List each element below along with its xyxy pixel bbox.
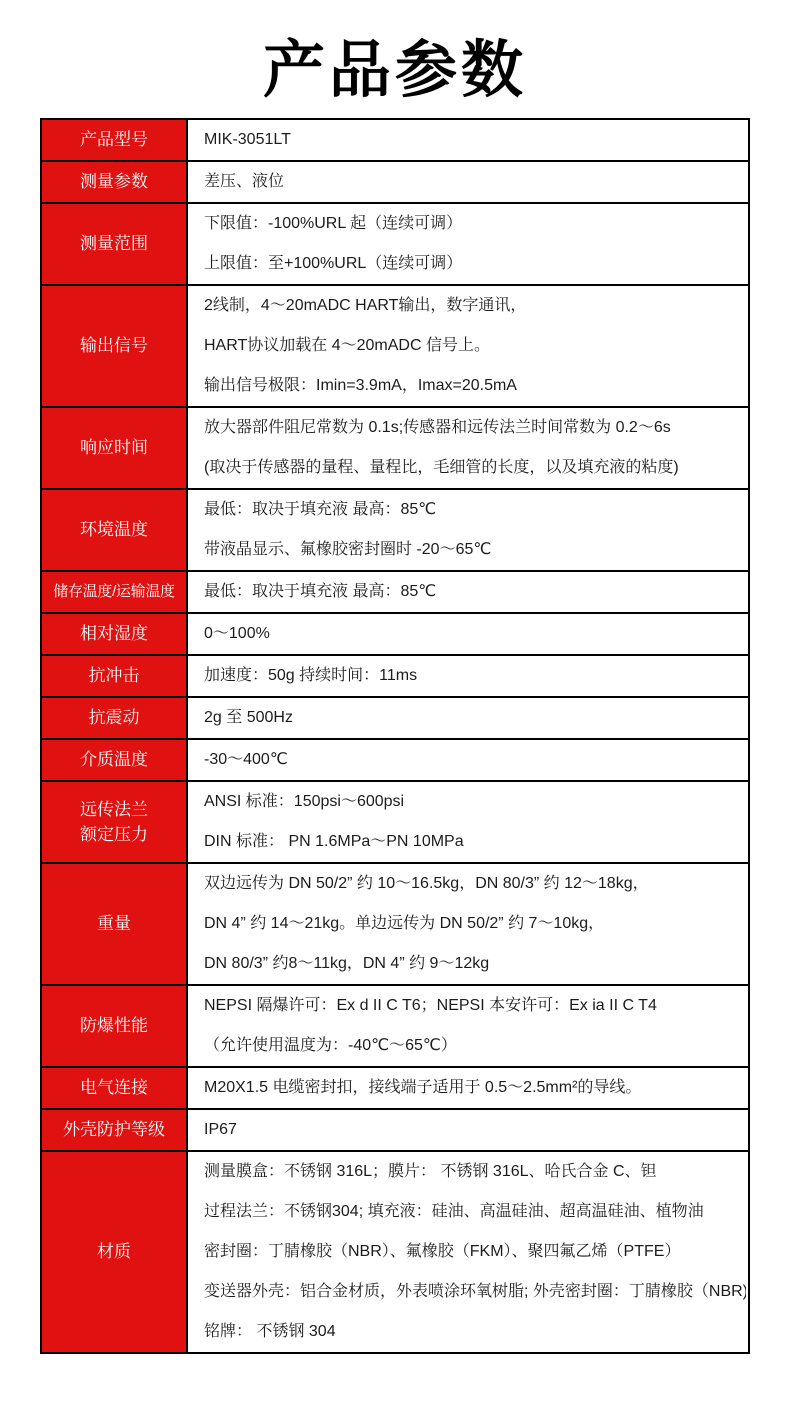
table-row: 抗冲击加速度：50g 持续时间：11ms: [41, 655, 749, 697]
spec-label: 抗冲击: [41, 655, 187, 697]
spec-value-line: 过程法兰：不锈钢304; 填充液：硅油、高温硅油、超高温硅油、植物油: [204, 1192, 746, 1232]
spec-value: 测量膜盒：不锈钢 316L；膜片： 不锈钢 316L、哈氏合金 C、钽过程法兰：…: [187, 1151, 749, 1353]
page-title: 产品参数: [40, 0, 750, 112]
spec-value: 放大器部件阻尼常数为 0.1s;传感器和远传法兰时间常数为 0.2～6s(取决于…: [187, 407, 749, 489]
spec-label: 抗震动: [41, 697, 187, 739]
table-row: 防爆性能NEPSI 隔爆许可：Ex d II C T6；NEPSI 本安许可：E…: [41, 985, 749, 1067]
table-row: 外壳防护等级IP67: [41, 1109, 749, 1151]
spec-value-line: 差压、液位: [204, 162, 746, 202]
spec-label: 响应时间: [41, 407, 187, 489]
spec-value-line: 变送器外壳：铝合金材质，外表喷涂环氧树脂; 外壳密封圈：丁腈橡胶（NBR): [204, 1272, 746, 1312]
spec-label: 测量参数: [41, 161, 187, 203]
spec-value: 加速度：50g 持续时间：11ms: [187, 655, 749, 697]
spec-value-line: 放大器部件阻尼常数为 0.1s;传感器和远传法兰时间常数为 0.2～6s: [204, 408, 746, 448]
spec-value-line: 测量膜盒：不锈钢 316L；膜片： 不锈钢 316L、哈氏合金 C、钽: [204, 1152, 746, 1192]
table-row: 环境温度最低：取决于填充液 最高：85℃带液晶显示、氟橡胶密封圈时 -20～65…: [41, 489, 749, 571]
spec-value-line: （允许使用温度为：-40℃～65℃）: [204, 1026, 746, 1066]
spec-value-line: 双边远传为 DN 50/2” 约 10～16.5kg，DN 80/3” 约 12…: [204, 864, 746, 904]
spec-value-line: HART协议加载在 4～20mADC 信号上。: [204, 326, 746, 366]
spec-value-line: 最低：取决于填充液 最高：85℃: [204, 572, 746, 612]
table-row: 输出信号2线制，4～20mADC HART输出，数字通讯，HART协议加载在 4…: [41, 285, 749, 407]
spec-value-line: ANSI 标准：150psi～600psi: [204, 782, 746, 822]
spec-value-line: 输出信号极限：Imin=3.9mA，Imax=20.5mA: [204, 366, 746, 406]
spec-label: 材质: [41, 1151, 187, 1353]
table-row: 介质温度-30～400℃: [41, 739, 749, 781]
table-row: 远传法兰 额定压力ANSI 标准：150psi～600psiDIN 标准： PN…: [41, 781, 749, 863]
spec-value-line: -30～400℃: [204, 740, 746, 780]
spec-value: M20X1.5 电缆密封扣，接线端子适用于 0.5～2.5mm²的导线。: [187, 1067, 749, 1109]
spec-value: -30～400℃: [187, 739, 749, 781]
spec-label: 输出信号: [41, 285, 187, 407]
spec-value-line: 下限值：-100%URL 起（连续可调）: [204, 204, 746, 244]
spec-value-line: 2线制，4～20mADC HART输出，数字通讯，: [204, 286, 746, 326]
spec-value-line: IP67: [204, 1110, 746, 1150]
spec-value-line: 最低：取决于填充液 最高：85℃: [204, 490, 746, 530]
spec-value-line: 上限值：至+100%URL（连续可调）: [204, 244, 746, 284]
spec-label: 测量范围: [41, 203, 187, 285]
spec-table-body: 产品型号MIK-3051LT测量参数差压、液位测量范围下限值：-100%URL …: [41, 119, 749, 1353]
table-row: 产品型号MIK-3051LT: [41, 119, 749, 161]
spec-value: 最低：取决于填充液 最高：85℃: [187, 571, 749, 613]
spec-table: 产品型号MIK-3051LT测量参数差压、液位测量范围下限值：-100%URL …: [40, 118, 750, 1354]
spec-value-line: M20X1.5 电缆密封扣，接线端子适用于 0.5～2.5mm²的导线。: [204, 1068, 746, 1108]
spec-value-line: 加速度：50g 持续时间：11ms: [204, 656, 746, 696]
spec-value-line: (取决于传感器的量程、量程比，毛细管的长度，以及填充液的粘度): [204, 448, 746, 488]
spec-label: 防爆性能: [41, 985, 187, 1067]
table-row: 重量双边远传为 DN 50/2” 约 10～16.5kg，DN 80/3” 约 …: [41, 863, 749, 985]
spec-value: MIK-3051LT: [187, 119, 749, 161]
spec-value-line: DIN 标准： PN 1.6MPa～PN 10MPa: [204, 822, 746, 862]
spec-value-line: NEPSI 隔爆许可：Ex d II C T6；NEPSI 本安许可：Ex ia…: [204, 986, 746, 1026]
spec-value-line: 铭牌： 不锈钢 304: [204, 1312, 746, 1352]
spec-value-line: 带液晶显示、氟橡胶密封圈时 -20～65℃: [204, 530, 746, 570]
spec-value: 0～100%: [187, 613, 749, 655]
spec-label: 外壳防护等级: [41, 1109, 187, 1151]
spec-value-line: DN 80/3” 约8～11kg，DN 4” 约 9～12kg: [204, 944, 746, 984]
spec-label: 重量: [41, 863, 187, 985]
spec-label: 远传法兰 额定压力: [41, 781, 187, 863]
spec-value: 2g 至 500Hz: [187, 697, 749, 739]
spec-value: 双边远传为 DN 50/2” 约 10～16.5kg，DN 80/3” 约 12…: [187, 863, 749, 985]
table-row: 测量参数差压、液位: [41, 161, 749, 203]
spec-value-line: 0～100%: [204, 614, 746, 654]
table-row: 材质测量膜盒：不锈钢 316L；膜片： 不锈钢 316L、哈氏合金 C、钽过程法…: [41, 1151, 749, 1353]
spec-value-line: DN 4” 约 14～21kg。单边远传为 DN 50/2” 约 7～10kg，: [204, 904, 746, 944]
spec-value-line: 2g 至 500Hz: [204, 698, 746, 738]
spec-value: IP67: [187, 1109, 749, 1151]
spec-value: 2线制，4～20mADC HART输出，数字通讯，HART协议加载在 4～20m…: [187, 285, 749, 407]
spec-label: 介质温度: [41, 739, 187, 781]
spec-value-line: MIK-3051LT: [204, 120, 746, 160]
spec-value-line: 密封圈：丁腈橡胶（NBR）、氟橡胶（FKM）、聚四氟乙烯（PTFE）: [204, 1232, 746, 1272]
spec-value: NEPSI 隔爆许可：Ex d II C T6；NEPSI 本安许可：Ex ia…: [187, 985, 749, 1067]
spec-value: ANSI 标准：150psi～600psiDIN 标准： PN 1.6MPa～P…: [187, 781, 749, 863]
table-row: 相对湿度0～100%: [41, 613, 749, 655]
table-row: 电气连接M20X1.5 电缆密封扣，接线端子适用于 0.5～2.5mm²的导线。: [41, 1067, 749, 1109]
product-spec-page: 产品参数 产品型号MIK-3051LT测量参数差压、液位测量范围下限值：-100…: [0, 0, 790, 1406]
spec-value: 下限值：-100%URL 起（连续可调）上限值：至+100%URL（连续可调）: [187, 203, 749, 285]
spec-label: 产品型号: [41, 119, 187, 161]
spec-value: 最低：取决于填充液 最高：85℃带液晶显示、氟橡胶密封圈时 -20～65℃: [187, 489, 749, 571]
table-row: 储存温度/运输温度最低：取决于填充液 最高：85℃: [41, 571, 749, 613]
spec-label: 相对湿度: [41, 613, 187, 655]
spec-label: 环境温度: [41, 489, 187, 571]
table-row: 响应时间放大器部件阻尼常数为 0.1s;传感器和远传法兰时间常数为 0.2～6s…: [41, 407, 749, 489]
table-row: 抗震动2g 至 500Hz: [41, 697, 749, 739]
spec-label: 储存温度/运输温度: [41, 571, 187, 613]
spec-value: 差压、液位: [187, 161, 749, 203]
table-row: 测量范围下限值：-100%URL 起（连续可调）上限值：至+100%URL（连续…: [41, 203, 749, 285]
spec-label: 电气连接: [41, 1067, 187, 1109]
